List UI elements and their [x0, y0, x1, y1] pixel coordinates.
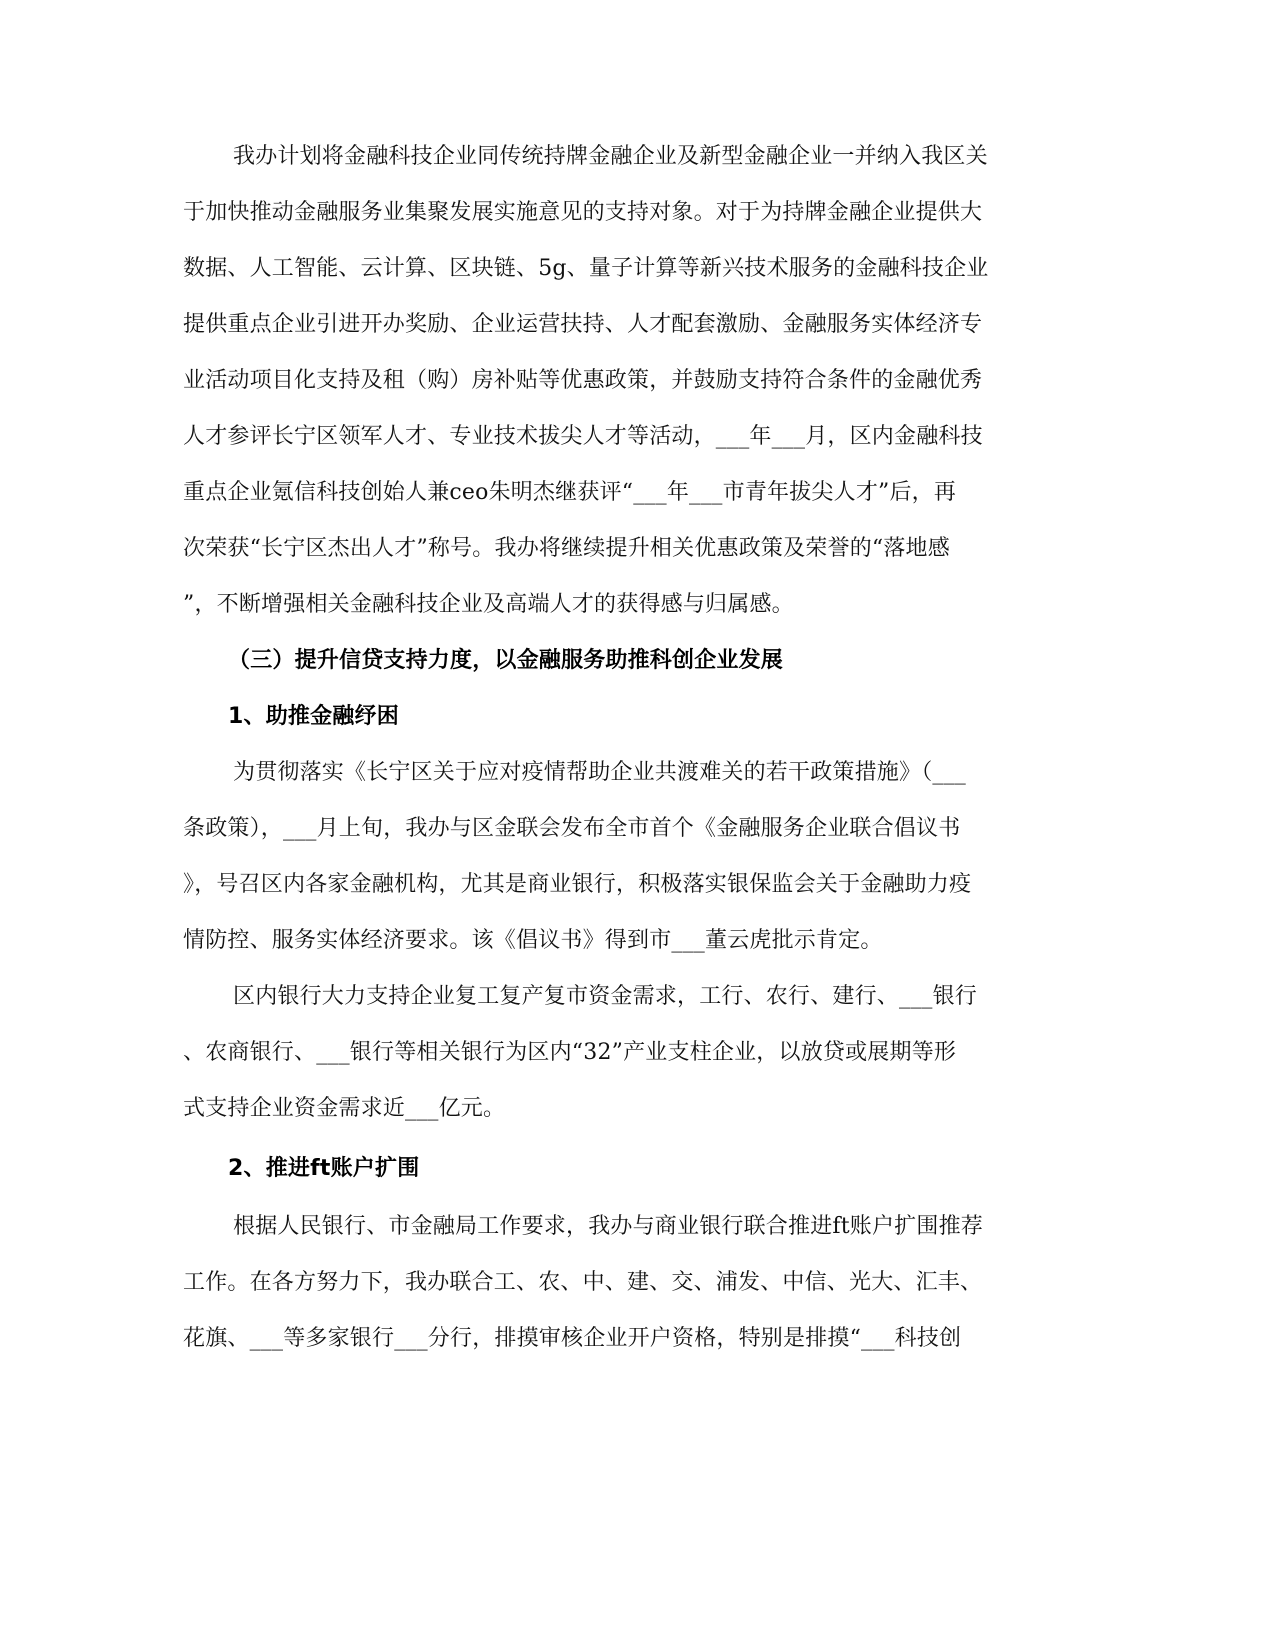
paragraph-line: 式支持企业资金需求近___亿元。	[183, 1095, 1083, 1123]
paragraph-line: 工作。在各方努力下，我办联合工、农、中、建、交、浦发、中信、光大、汇丰、	[183, 1269, 1083, 1297]
section-heading: （三）提升信贷支持力度，以金融服务助推科创企业发展	[228, 647, 1128, 675]
paragraph-line: 根据人民银行、市金融局工作要求，我办与商业银行联合推进ft账户扩围推荐	[233, 1213, 1133, 1241]
paragraph-line: 人才参评长宁区领军人才、专业技术拔尖人才等活动，___年___月，区内金融科技	[183, 423, 1083, 451]
paragraph-line: 区内银行大力支持企业复工复产复市资金需求，工行、农行、建行、___银行	[233, 983, 1133, 1011]
subsection-heading: 1、助推金融纾困	[228, 703, 1128, 731]
paragraph-line: 为贯彻落实《长宁区关于应对疫情帮助企业共渡难关的若干政策措施》（___	[233, 759, 1133, 787]
paragraph-line: 、农商银行、___银行等相关银行为区内“32”产业支柱企业，以放贷或展期等形	[183, 1039, 1083, 1067]
paragraph-line: 业活动项目化支持及租（购）房补贴等优惠政策，并鼓励支持符合条件的金融优秀	[183, 367, 1083, 395]
paragraph-line: 次荣获“长宁区杰出人才”称号。我办将继续提升相关优惠政策及荣誉的“落地感	[183, 535, 1083, 563]
paragraph-line: 重点企业氪信科技创始人兼ceo朱明杰继获评“___年___市青年拔尖人才”后，再	[183, 479, 1083, 507]
paragraph-line: 于加快推动金融服务业集聚发展实施意见的支持对象。对于为持牌金融企业提供大	[183, 199, 1083, 227]
paragraph-line: 花旗、___等多家银行___分行，排摸审核企业开户资格，特别是排摸“___科技创	[183, 1325, 1083, 1353]
paragraph-line: 》，号召区内各家金融机构，尤其是商业银行，积极落实银保监会关于金融助力疫	[183, 871, 1083, 899]
document-page: 我办计划将金融科技企业同传统持牌金融企业及新型金融企业一并纳入我区关 于加快推动…	[0, 0, 1275, 1650]
paragraph-line: ”，不断增强相关金融科技企业及高端人才的获得感与归属感。	[183, 591, 1083, 619]
paragraph-line: 条政策），___月上旬，我办与区金联会发布全市首个《金融服务企业联合倡议书	[183, 815, 1083, 843]
paragraph-line: 我办计划将金融科技企业同传统持牌金融企业及新型金融企业一并纳入我区关	[233, 143, 1133, 171]
subsection-heading: 2、推进ft账户扩围	[228, 1155, 1128, 1183]
paragraph-line: 提供重点企业引进开办奖励、企业运营扶持、人才配套激励、金融服务实体经济专	[183, 311, 1083, 339]
paragraph-line: 情防控、服务实体经济要求。该《倡议书》得到市___董云虎批示肯定。	[183, 927, 1083, 955]
paragraph-line: 数据、人工智能、云计算、区块链、5g、量子计算等新兴技术服务的金融科技企业	[183, 255, 1083, 283]
